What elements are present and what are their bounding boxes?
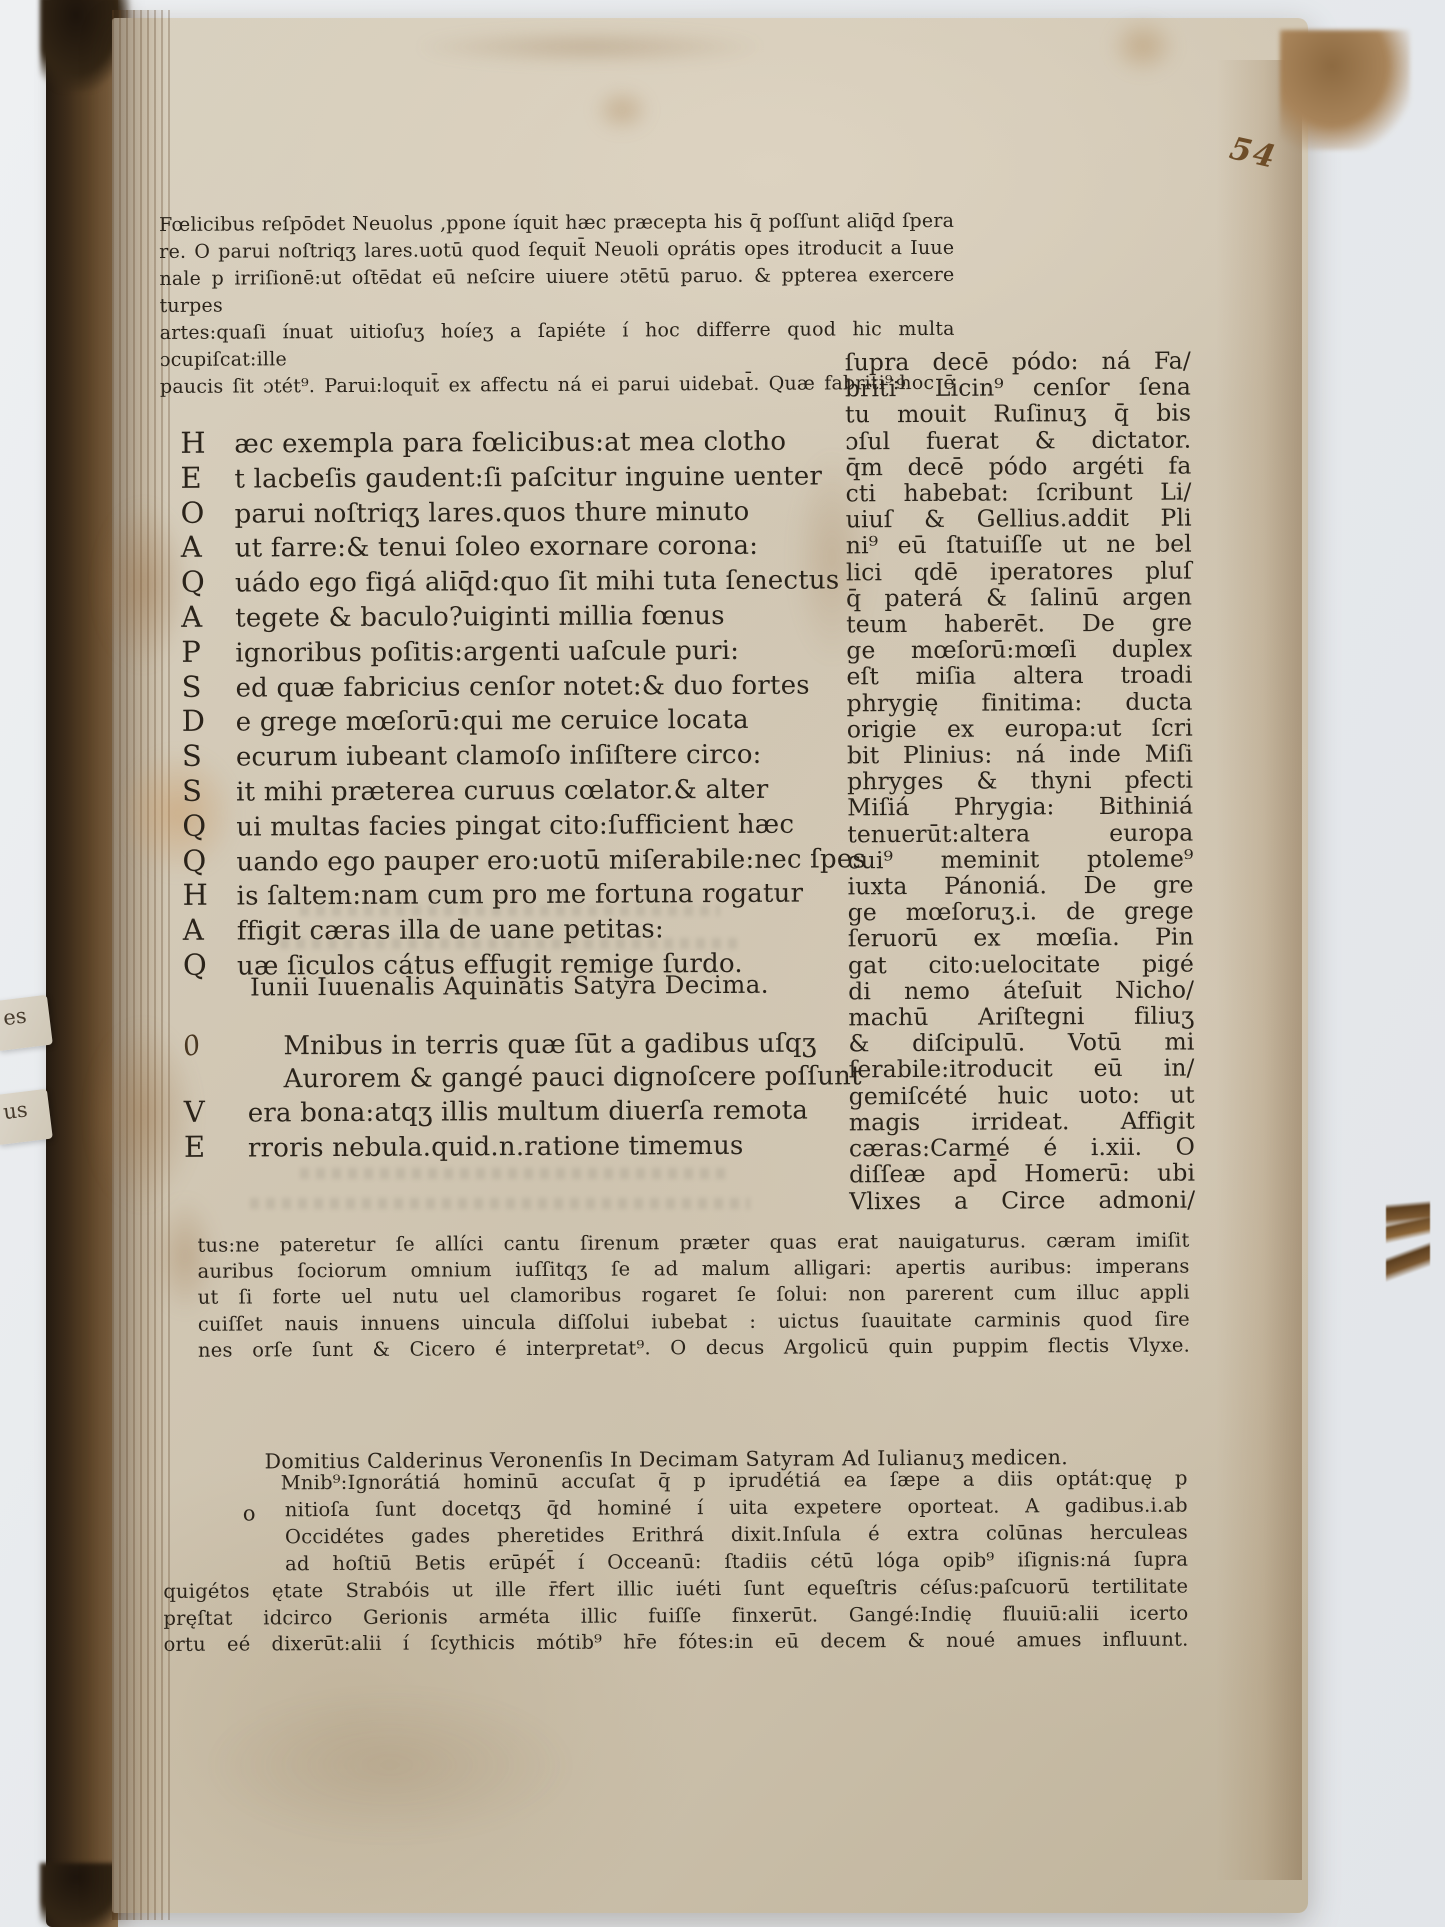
photo-backdrop: es us 54 Fœlicibus reſpōdet Neuolus ‚ppo… bbox=[0, 0, 1445, 1927]
verse-initial: Q bbox=[182, 844, 236, 877]
verse-line: De grege mœſorū:qui me ceruice locata bbox=[182, 702, 866, 740]
verse-line: Affigit cæras illa de uane petitas: bbox=[183, 910, 867, 948]
ulysses-commentary-paragraph: tus:ne pateretur ſe allíci cantu ſirenum… bbox=[197, 1228, 1190, 1364]
verse-line: Securum iubeant clamoſo inſiſtere circo: bbox=[182, 736, 866, 774]
verse-text: Aurorem & gangé pauci dignoſcere poſſunt bbox=[284, 1061, 862, 1094]
marginal-commentary-column: ſupra decē pódo: ná Fa/ briti⁹ Licin⁹ ce… bbox=[845, 348, 1196, 1215]
verse-text: ui multas facies pingat cito:ſufficient … bbox=[236, 809, 794, 842]
verse-line: Aut farre:& tenui ſoleo exornare corona: bbox=[181, 528, 865, 566]
verse-initial: V bbox=[184, 1095, 248, 1128]
verse-initial: Q bbox=[181, 566, 235, 599]
verse-initial: S bbox=[181, 670, 235, 703]
verse-block-satire9: Hæc exempla para fœlicibus:at mea clotho… bbox=[180, 423, 866, 983]
verse-initial: S bbox=[182, 740, 236, 773]
verse-line: Vera bona:atqʒ illis multum diuerſa remo… bbox=[184, 1092, 862, 1130]
verse-text: Mnibus in terris quæ ſūt a gadibus uſqʒ bbox=[283, 1029, 816, 1062]
verse-line: Quádo ego figá aliq̄d:quo ſit mihi tuta … bbox=[181, 562, 865, 600]
verse-text: æc exempla para fœlicibus:at mea clotho bbox=[234, 427, 786, 460]
verse-text: uando ego pauper ero:uotū miſerabile:nec… bbox=[236, 844, 866, 877]
verse-line: Qui multas facies pingat cito:ſufficient… bbox=[182, 806, 866, 844]
verse-line: Oparui noſtriqʒ lares.quos thure minuto bbox=[181, 493, 865, 531]
guide-letter-o: 0 bbox=[180, 1029, 205, 1065]
verse-text: uádo ego figá aliq̄d:quo ſit mihi tuta ſ… bbox=[235, 566, 840, 599]
verse-initial-spacer bbox=[184, 1087, 284, 1088]
verse-text: ed quæ fabricius cenſor notet:& duo fort… bbox=[235, 670, 809, 703]
verse-initial: P bbox=[181, 635, 235, 668]
verse-line: Sit mihi præterea curuus cœlator.& alter bbox=[182, 771, 866, 809]
verse-line: Quando ego pauper ero:uotū miſerabile:ne… bbox=[182, 841, 866, 879]
verse-line: His ſaltem:nam cum pro me fortuna rogatu… bbox=[183, 876, 867, 914]
verse-text: t lacbeſis gaudent:ſi paſcitur inguine u… bbox=[234, 461, 822, 494]
verse-text: ut farre:& tenui ſoleo exornare corona: bbox=[235, 531, 759, 564]
verse-line: Et lacbeſis gaudent:ſi paſcitur inguine … bbox=[180, 458, 864, 496]
calderinus-commentary-paragraph: o Mnib⁹:Ignorátiá hominū accuſat q̄ p ip… bbox=[163, 1466, 1189, 1660]
verse-initial: A bbox=[181, 531, 235, 564]
verse-initial: A bbox=[181, 601, 235, 634]
verse-line: Ategete & baculo?uiginti millia fœnus bbox=[181, 597, 865, 635]
intro-commentary-paragraph: Fœlicibus reſpōdet Neuolus ‚ppone íquit … bbox=[159, 208, 955, 401]
verse-line: Sed quæ fabricius cenſor notet:& duo for… bbox=[181, 667, 865, 705]
verse-initial: H bbox=[183, 879, 237, 912]
verse-line: 0Mnibus in terris quæ ſūt a gadibus uſqʒ bbox=[183, 1027, 861, 1063]
verse-initial: D bbox=[182, 705, 236, 738]
folio-number: 54 bbox=[1226, 130, 1280, 175]
verse-text: parui noſtriqʒ lares.quos thure minuto bbox=[235, 496, 750, 529]
verse-initial: A bbox=[183, 914, 237, 947]
verse-initial: Q bbox=[183, 948, 237, 981]
printed-text-layer: 54 Fœlicibus reſpōdet Neuolus ‚ppone íqu… bbox=[0, 0, 1445, 1927]
verse-block-satire10: 0Mnibus in terris quæ ſūt a gadibus uſqʒ… bbox=[183, 1027, 862, 1165]
verse-initial: S bbox=[182, 775, 236, 808]
satire-ten-heading: Iunii Iuuenalis Aquinatis Satyra Decima. bbox=[250, 970, 769, 1002]
verse-line: Erroris nebula.quid.n.ratione timemus bbox=[184, 1127, 862, 1165]
verse-line: Aurorem & gangé pauci dignoſcere poſſunt bbox=[184, 1060, 862, 1096]
verse-text: it mihi præterea curuus cœlator.& alter bbox=[236, 775, 769, 808]
paragraph-line: ad hoſtiū Betis erūpét̄ í Occeanū: ſtadi… bbox=[285, 1546, 1188, 1578]
verse-text: ecurum iubeant clamoſo inſiſtere circo: bbox=[236, 740, 762, 773]
verse-text: is ſaltem:nam cum pro me fortuna rogatur bbox=[237, 879, 804, 912]
guide-letter-o: o bbox=[243, 1500, 256, 1527]
verse-text: era bona:atqʒ illis multum diuerſa remot… bbox=[248, 1096, 808, 1129]
verse-text: e grege mœſorū:qui me ceruice locata bbox=[236, 705, 749, 738]
verse-line: Pignoribus poſitis:argenti uaſcule puri: bbox=[181, 632, 865, 670]
verse-text: rroris nebula.quid.n.ratione timemus bbox=[248, 1130, 744, 1163]
verse-initial: H bbox=[180, 427, 234, 460]
verse-initial: O bbox=[181, 496, 235, 529]
verse-initial: Q bbox=[182, 809, 236, 842]
verse-initial: E bbox=[180, 461, 234, 494]
verse-guide-initial: 0 bbox=[183, 1030, 283, 1063]
verse-text: tegete & baculo?uiginti millia fœnus bbox=[235, 601, 725, 634]
verse-text: ignoribus poſitis:argenti uaſcule puri: bbox=[235, 636, 739, 669]
verse-text: ffigit cæras illa de uane petitas: bbox=[237, 914, 664, 946]
paragraph-line: ortu eé dixerūt:alii í ſcythicis mótib⁹ … bbox=[163, 1627, 1188, 1659]
verse-line: Hæc exempla para fœlicibus:at mea clotho bbox=[180, 423, 864, 461]
verse-initial: E bbox=[184, 1130, 248, 1163]
